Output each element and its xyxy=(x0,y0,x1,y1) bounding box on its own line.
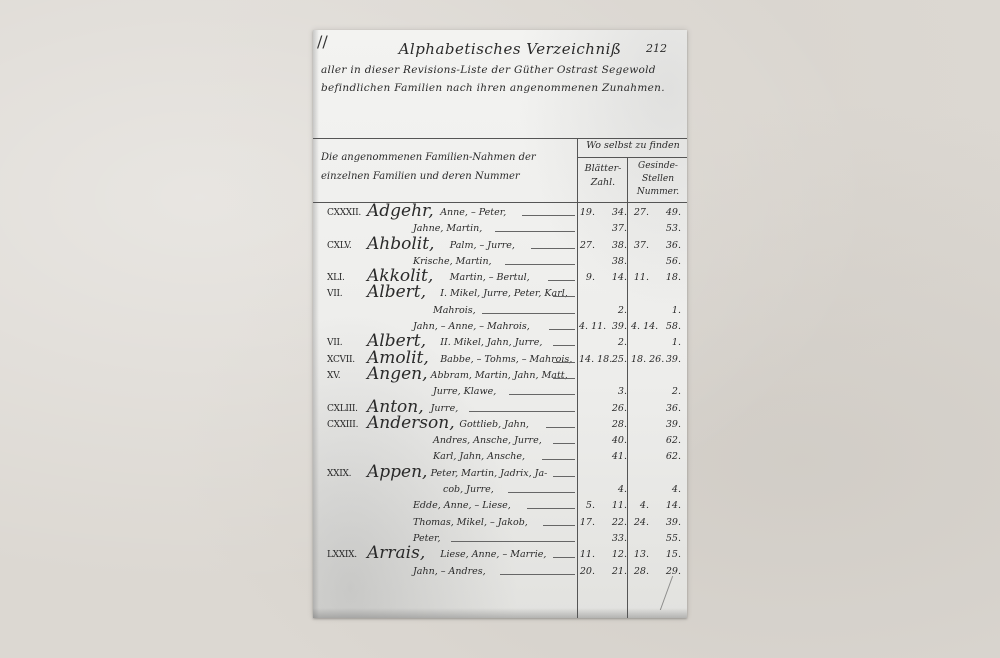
table-row: XV.Angen,Abbram, Martin, Jahn, Matt, xyxy=(313,368,687,384)
table-row: cob, Jurre,4.4. xyxy=(313,482,687,498)
fill-line xyxy=(509,394,575,395)
entry-page-count-2: 2. xyxy=(603,305,627,316)
entry-page-count-2: 38. xyxy=(603,240,627,251)
entry-farmstead-number-2: 39. xyxy=(653,354,681,365)
entry-page-count-2: 14. xyxy=(603,272,627,283)
entry-page-count-2: 26. xyxy=(603,403,627,414)
entry-farmstead-number-2: 2. xyxy=(653,386,681,397)
fill-line xyxy=(531,248,575,249)
entry-given-names: Jurre, Klawe, xyxy=(433,386,496,397)
entry-farmstead-number-2: 62. xyxy=(653,451,681,462)
entry-farmstead-number-2: 53. xyxy=(653,223,681,234)
document-page: // Alphabetisches Verzeichniß 212 aller … xyxy=(313,30,687,618)
entry-farmstead-number-1: 18. 26. xyxy=(631,354,649,365)
entry-page-count-2: 41. xyxy=(603,451,627,462)
entry-farmstead-number-2: 58. xyxy=(653,321,681,332)
entry-page-count-2: 21. xyxy=(603,566,627,577)
entry-roman-numeral: XCVII. xyxy=(327,355,355,365)
fill-line xyxy=(553,362,575,363)
entry-farmstead-number-2: 29. xyxy=(653,566,681,577)
entry-farmstead-number-2: 55. xyxy=(653,533,681,544)
entry-farmstead-number-2: 36. xyxy=(653,403,681,414)
fill-line xyxy=(553,345,575,346)
entry-roman-numeral: CXLIII. xyxy=(327,404,358,414)
fill-line xyxy=(543,525,575,526)
entry-given-names: Jahn, – Andres, xyxy=(413,566,486,577)
header-top-rule xyxy=(313,138,687,139)
entry-page-count-2: 11. xyxy=(603,500,627,511)
subtitle-line-1: aller in dieser Revisions-Liste der Güth… xyxy=(321,64,687,76)
entry-given-names: Abbram, Martin, Jahn, Matt, xyxy=(431,370,568,381)
entry-given-names: Karl, Jahn, Ansche, xyxy=(433,451,525,462)
entry-page-count-2: 40. xyxy=(603,435,627,446)
entry-given-names: Jahn, – Anne, – Mahrois, xyxy=(413,321,530,332)
entry-roman-numeral: CXXIII. xyxy=(327,420,358,430)
fill-line xyxy=(553,296,575,297)
entry-given-names: Liese, Anne, – Marrie, xyxy=(440,549,546,560)
entry-page-count-2: 4. xyxy=(603,484,627,495)
fill-line xyxy=(549,329,575,330)
entry-farmstead-number-2: 4. xyxy=(653,484,681,495)
entry-farmstead-number-1: 28. xyxy=(631,566,649,577)
entry-given-names: Edde, Anne, – Liese, xyxy=(413,500,511,511)
entry-page-count-2: 39. xyxy=(603,321,627,332)
fill-line xyxy=(500,574,575,575)
entry-page-count-2: 28. xyxy=(603,419,627,430)
fill-line xyxy=(546,427,575,428)
entry-farmstead-number-2: 14. xyxy=(653,500,681,511)
entry-given-names: II. Mikel, Jahn, Jurre, xyxy=(440,337,542,348)
entry-page-count-2: 38. xyxy=(603,256,627,267)
entry-farmstead-number-1: 13. xyxy=(631,549,649,560)
fill-line xyxy=(553,378,575,379)
entry-farmstead-number-2: 1. xyxy=(653,305,681,316)
table-row: Jahn, – Andres,20.21.28.29. xyxy=(313,564,687,580)
page-bottom-shadow xyxy=(313,608,687,618)
entry-page-count-1: 11. xyxy=(579,549,595,560)
entries-list: CXXXII.Adgehr,Anne, – Peter,19.34.27.49.… xyxy=(313,205,687,580)
entry-roman-numeral: VII. xyxy=(327,338,342,348)
entry-farmstead-number-2: 1. xyxy=(653,337,681,348)
title-block: Alphabetisches Verzeichniß 212 aller in … xyxy=(313,40,687,94)
entry-page-count-1: 27. xyxy=(579,240,595,251)
fill-line xyxy=(469,411,575,412)
entry-page-count-1: 19. xyxy=(579,207,595,218)
table-row: LXXIX.Arrais,Liese, Anne, – Marrie,11.12… xyxy=(313,547,687,563)
entry-surname: Ahbolit, xyxy=(367,234,434,254)
entry-farmstead-number-2: 49. xyxy=(653,207,681,218)
entry-given-names: Martin, – Bertul, xyxy=(450,272,530,283)
header-sub-rule xyxy=(577,157,687,158)
column-header-page-count: Blätter-Zahl. xyxy=(579,162,627,190)
fill-line xyxy=(451,541,575,542)
table-row: Andres, Ansche, Jurre,40.62. xyxy=(313,433,687,449)
page-number: 212 xyxy=(646,42,667,55)
entry-page-count-1: 14. 18. xyxy=(579,354,595,365)
entry-farmstead-number-2: 36. xyxy=(653,240,681,251)
entry-surname: Arrais, xyxy=(367,543,425,563)
entry-given-names: Gottlieb, Jahn, xyxy=(459,419,529,430)
entry-farmstead-number-2: 39. xyxy=(653,517,681,528)
entry-page-count-1: 4. 11. xyxy=(579,321,595,332)
entry-page-count-1: 17. xyxy=(579,517,595,528)
entry-page-count-2: 22. xyxy=(603,517,627,528)
entry-farmstead-number-1: 11. xyxy=(631,272,649,283)
entry-roman-numeral: LXXIX. xyxy=(327,550,357,560)
entry-given-names: I. Mikel, Jurre, Peter, Karl, xyxy=(440,288,568,299)
entry-farmstead-number-1: 4. 14. xyxy=(631,321,649,332)
entry-page-count-2: 33. xyxy=(603,533,627,544)
entry-page-count-1: 5. xyxy=(579,500,595,511)
entry-roman-numeral: CXLV. xyxy=(327,241,352,251)
entry-farmstead-number-2: 18. xyxy=(653,272,681,283)
table-row: CXXIII.Anderson,Gottlieb, Jahn,28.39. xyxy=(313,417,687,433)
entry-page-count-1: 9. xyxy=(579,272,595,283)
entry-given-names: Anne, – Peter, xyxy=(440,207,506,218)
entry-surname: Anderson, xyxy=(367,413,455,433)
entry-farmstead-number-1: 37. xyxy=(631,240,649,251)
table-row: VII.Albert,I. Mikel, Jurre, Peter, Karl, xyxy=(313,286,687,302)
fill-line xyxy=(482,313,575,314)
entry-roman-numeral: XLI. xyxy=(327,273,345,283)
entry-surname: Albert, xyxy=(367,282,426,302)
entry-surname: Angen, xyxy=(367,364,428,384)
fill-line xyxy=(553,476,575,477)
entry-page-count-2: 25. xyxy=(603,354,627,365)
entry-surname: Appen, xyxy=(367,462,427,482)
column-header-location: Wo selbst zu finden xyxy=(579,140,687,151)
fill-line xyxy=(553,443,575,444)
entry-page-count-2: 3. xyxy=(603,386,627,397)
entry-given-names: Thomas, Mikel, – Jakob, xyxy=(413,517,528,528)
page-title: Alphabetisches Verzeichniß xyxy=(333,40,687,58)
fill-line xyxy=(495,231,575,232)
entry-page-count-1: 20. xyxy=(579,566,595,577)
entry-surname: Adgehr, xyxy=(367,201,434,221)
fill-line xyxy=(527,508,575,509)
table-row: CXLV.Ahbolit,Palm, – Jurre,27.38.37.36. xyxy=(313,238,687,254)
entry-given-names: Mahrois, xyxy=(433,305,476,316)
subtitle-line-2: befindlichen Familien nach ihren angenom… xyxy=(321,82,687,94)
entry-given-names: Peter, Martin, Jadrix, Ja- xyxy=(431,468,548,479)
entry-farmstead-number-2: 39. xyxy=(653,419,681,430)
fill-line xyxy=(542,459,575,460)
entry-given-names: cob, Jurre, xyxy=(443,484,494,495)
fill-line xyxy=(508,492,575,493)
entry-given-names: Andres, Ansche, Jurre, xyxy=(433,435,542,446)
fill-line xyxy=(522,215,575,216)
entry-farmstead-number-2: 62. xyxy=(653,435,681,446)
table-row: Edde, Anne, – Liese,5.11.4.14. xyxy=(313,498,687,514)
entry-farmstead-number-1: 24. xyxy=(631,517,649,528)
table-row: Mahrois,2.1. xyxy=(313,303,687,319)
entry-farmstead-number-1: 27. xyxy=(631,207,649,218)
entry-given-names: Palm, – Jurre, xyxy=(450,240,515,251)
fill-line xyxy=(505,264,575,265)
torn-corner xyxy=(660,576,689,610)
column-header-names: Die angenommenen Familien-Nahmen der ein… xyxy=(321,148,576,186)
table-row: Thomas, Mikel, – Jakob,17.22.24.39. xyxy=(313,515,687,531)
entry-roman-numeral: XV. xyxy=(327,371,340,381)
entry-page-count-2: 12. xyxy=(603,549,627,560)
fill-line xyxy=(553,557,575,558)
entry-given-names: Babbe, – Tohms, – Mahrois, xyxy=(440,354,572,365)
entry-roman-numeral: CXXXII. xyxy=(327,208,361,218)
table-row: XXIX.Appen,Peter, Martin, Jadrix, Ja- xyxy=(313,466,687,482)
entry-roman-numeral: XXIX. xyxy=(327,469,351,479)
entry-page-count-2: 2. xyxy=(603,337,627,348)
entry-roman-numeral: VII. xyxy=(327,289,342,299)
entry-farmstead-number-2: 15. xyxy=(653,549,681,560)
table-row: CXXXII.Adgehr,Anne, – Peter,19.34.27.49. xyxy=(313,205,687,221)
fill-line xyxy=(548,280,575,281)
entry-page-count-2: 34. xyxy=(603,207,627,218)
entry-farmstead-number-1: 4. xyxy=(631,500,649,511)
column-header-farmstead-number: Gesinde-Stellen Nummer. xyxy=(629,160,687,199)
entry-page-count-2: 37. xyxy=(603,223,627,234)
entry-farmstead-number-2: 56. xyxy=(653,256,681,267)
